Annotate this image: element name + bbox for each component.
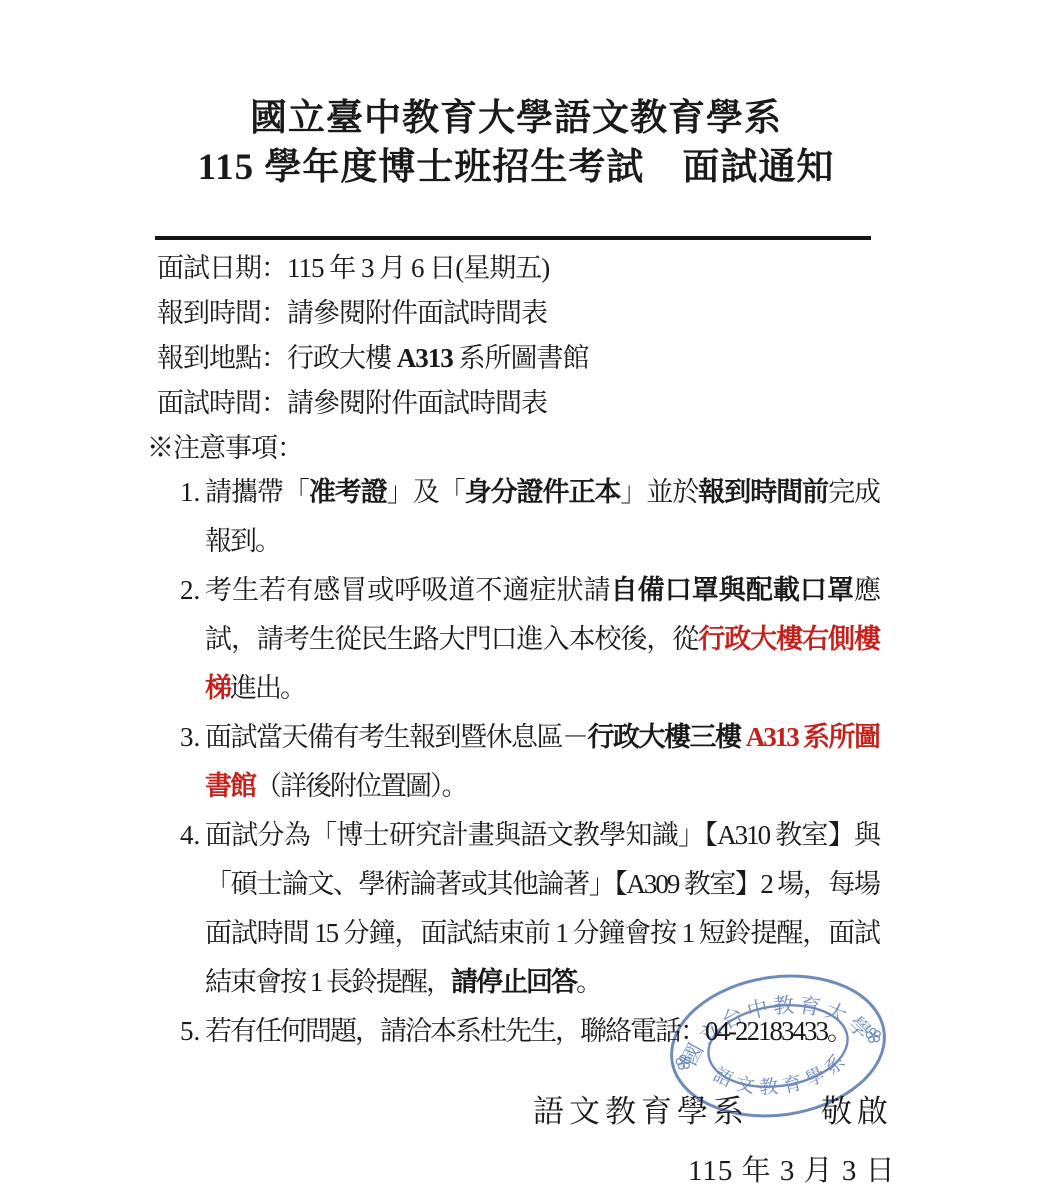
note-number: 5. (180, 1007, 200, 1056)
note-number: 3. (180, 713, 200, 762)
note-text: 面試當天備有考生報到暨休息區－行政大樓三樓 A313 系所圖書館（詳後附位置圖）… (205, 722, 879, 801)
date-line: 115 年 3 月 3 日 (688, 1148, 896, 1189)
note-number: 2. (180, 566, 200, 615)
title-divider-rule (155, 236, 871, 240)
note-text: 考生若有感冒或呼吸道不適症狀請自備口罩與配載口罩應試，請考生從民生路大門口進入本… (205, 575, 879, 703)
note-text: 請攜帶「准考證」及「身分證件正本」並於報到時間前完成報到。 (205, 477, 879, 556)
signature-line: 語文教育學系敬啟 (533, 1086, 893, 1131)
checkin-time-line: 報到時間：請參閱附件面試時間表 (157, 291, 589, 336)
checkin-place-line: 報到地點：行政大樓 A313 系所圖書館 (157, 336, 589, 381)
note-number: 4. (180, 811, 200, 860)
note-item-1: 1. 請攜帶「准考證」及「身分證件正本」並於報到時間前完成報到。 (155, 468, 879, 566)
closing-word: 敬啟 (821, 1094, 893, 1129)
notice-heading: ※注意事項： (147, 426, 589, 471)
note-item-2: 2. 考生若有感冒或呼吸道不適症狀請自備口罩與配載口罩應試，請考生從民生路大門口… (155, 566, 879, 713)
info-block: 面試日期：115 年 3 月 6 日(星期五) 報到時間：請參閱附件面試時間表 … (157, 246, 589, 471)
title-line-1: 國立臺中教育大學語文教育學系 (155, 94, 877, 143)
note-number: 1. (180, 468, 200, 517)
interview-date-line: 面試日期：115 年 3 月 6 日(星期五) (157, 246, 589, 291)
notice-document-page: 國立臺中教育大學語文教育學系 115 學年度博士班招生考試 面試通知 面試日期：… (0, 0, 1047, 1200)
title-line-2: 115 學年度博士班招生考試 面試通知 (155, 143, 877, 192)
interview-time-line: 面試時間：請參閱附件面試時間表 (157, 381, 589, 426)
signer-name: 語文教育學系 (533, 1094, 749, 1129)
document-title: 國立臺中教育大學語文教育學系 115 學年度博士班招生考試 面試通知 (155, 94, 877, 192)
note-item-3: 3. 面試當天備有考生報到暨休息區－行政大樓三樓 A313 系所圖書館（詳後附位… (155, 713, 879, 811)
